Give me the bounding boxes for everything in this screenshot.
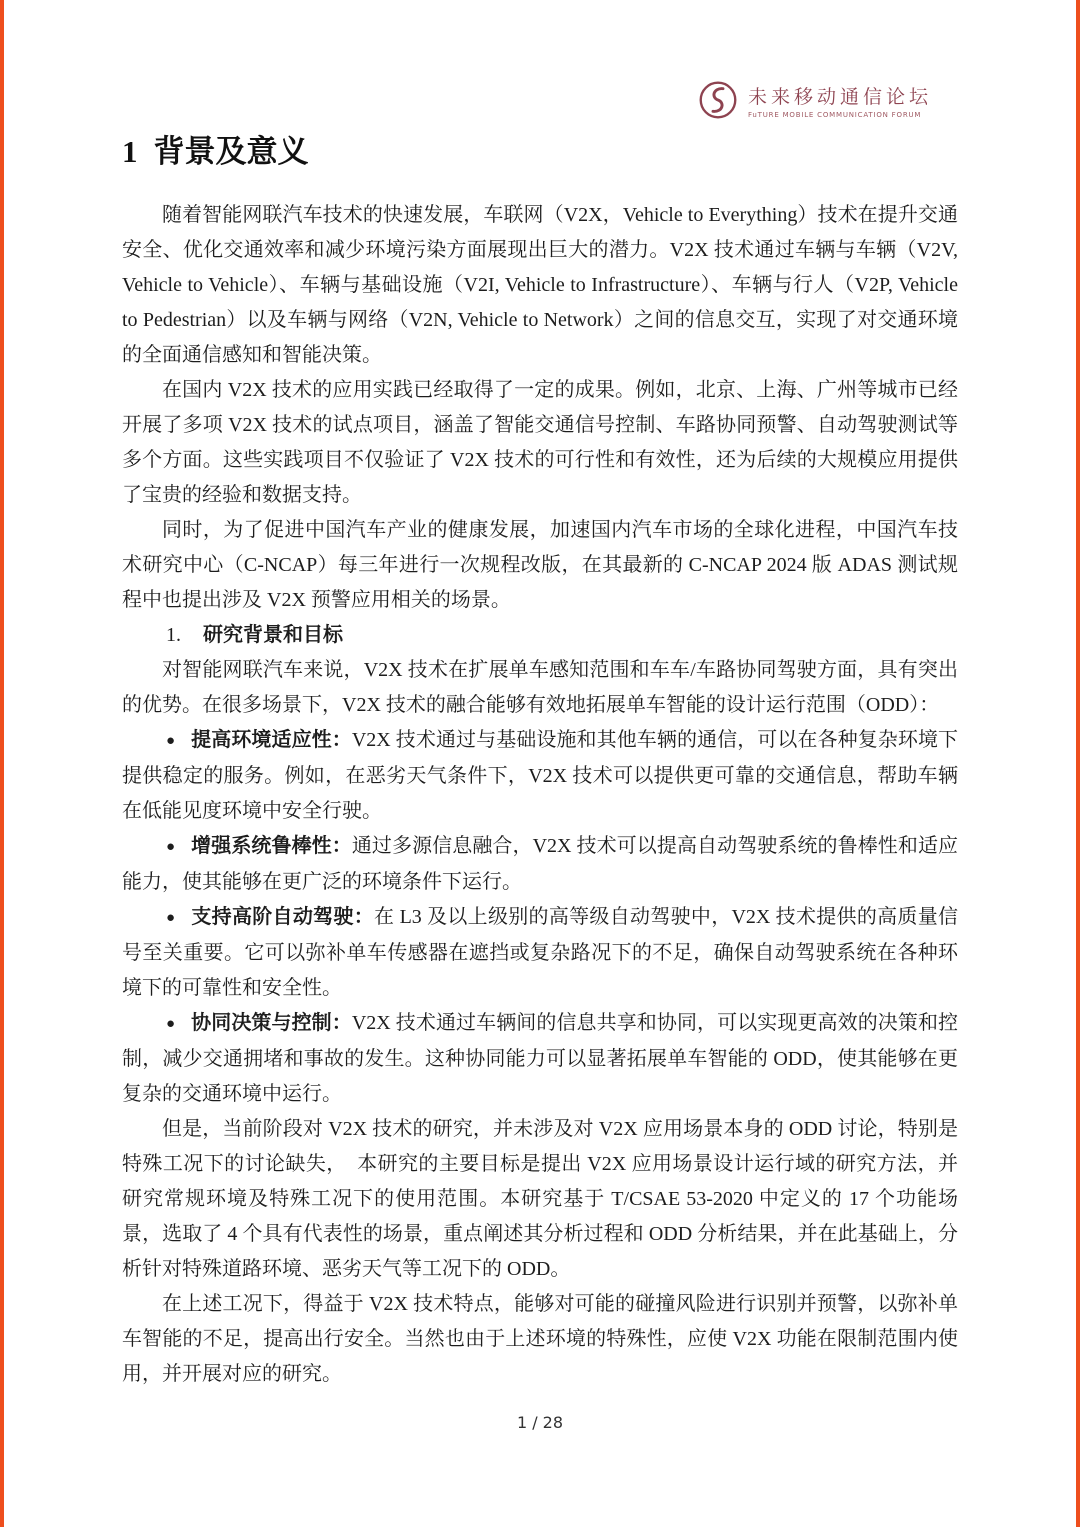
section-number: 1. xyxy=(166,624,181,646)
intro-paragraph-2: 在国内 V2X 技术的应用实践已经取得了一定的成果。例如，北京、上海、广州等城市… xyxy=(122,373,958,513)
bullet-item-high-level-autonomy: ●支持高阶自动驾驶：在 L3 及以上级别的高等级自动驾驶中，V2X 技术提供的高… xyxy=(122,900,958,1006)
logo-chinese-name: 未来移动通信论坛 xyxy=(748,82,932,109)
intro-paragraph-1: 随着智能网联汽车技术的快速发展，车联网（V2X，Vehicle to Every… xyxy=(122,198,958,373)
title-number: 1 xyxy=(122,134,138,169)
bullet-item-system-robustness: ●增强系统鲁棒性：通过多源信息融合，V2X 技术可以提高自动驾驶系统的鲁棒性和适… xyxy=(122,829,958,900)
forum-logo-text: 未来移动通信论坛 FuTURE MOBILE COMMUNICATION FOR… xyxy=(748,82,932,119)
bullet-label: 协同决策与控制： xyxy=(191,1012,352,1034)
forum-logo: 未来移动通信论坛 FuTURE MOBILE COMMUNICATION FOR… xyxy=(698,80,932,120)
logo-english-name: FuTURE MOBILE COMMUNICATION FORUM xyxy=(748,111,932,119)
bullet-icon: ● xyxy=(166,839,175,855)
bullet-label: 增强系统鲁棒性： xyxy=(191,835,352,857)
bullet-icon: ● xyxy=(166,1016,175,1032)
page-number: 1 / 28 xyxy=(0,1413,1080,1432)
bullet-icon: ● xyxy=(166,733,175,749)
section-heading: 1.研究背景和目标 xyxy=(122,618,958,653)
bullet-icon: ● xyxy=(166,910,175,926)
bullet-label: 提高环境适应性： xyxy=(191,729,352,751)
s-swirl-circle-icon xyxy=(698,80,738,120)
intro-paragraph-3: 同时，为了促进中国汽车产业的健康发展，加速国内汽车市场的全球化进程，中国汽车技术… xyxy=(122,513,958,618)
bullet-item-cooperative-decision-control: ●协同决策与控制：V2X 技术通过车辆间的信息共享和协同，可以实现更高效的决策和… xyxy=(122,1006,958,1112)
bullet-item-environment-adaptability: ●提高环境适应性：V2X 技术通过与基础设施和其他车辆的通信，可以在各种复杂环境… xyxy=(122,723,958,829)
document-page: 未来移动通信论坛 FuTURE MOBILE COMMUNICATION FOR… xyxy=(0,0,1080,1527)
bullet-label: 支持高阶自动驾驶： xyxy=(191,906,374,928)
page-left-accent-border xyxy=(0,0,4,1527)
document-content: 1背景及意义 随着智能网联汽车技术的快速发展，车联网（V2X，Vehicle t… xyxy=(0,0,1080,1392)
closing-paragraph-2: 在上述工况下，得益于 V2X 技术特点，能够对可能的碰撞风险进行识别并预警，以弥… xyxy=(122,1287,958,1392)
section-lead-paragraph: 对智能网联汽车来说，V2X 技术在扩展单车感知范围和车车/车路协同驾驶方面，具有… xyxy=(122,653,958,723)
page-title: 1背景及意义 xyxy=(122,132,958,172)
section-heading-text: 研究背景和目标 xyxy=(203,624,343,646)
closing-paragraph-1: 但是，当前阶段对 V2X 技术的研究，并未涉及对 V2X 应用场景本身的 ODD… xyxy=(122,1112,958,1287)
title-text: 背景及意义 xyxy=(154,134,309,169)
page-right-accent-border xyxy=(1076,0,1080,1527)
